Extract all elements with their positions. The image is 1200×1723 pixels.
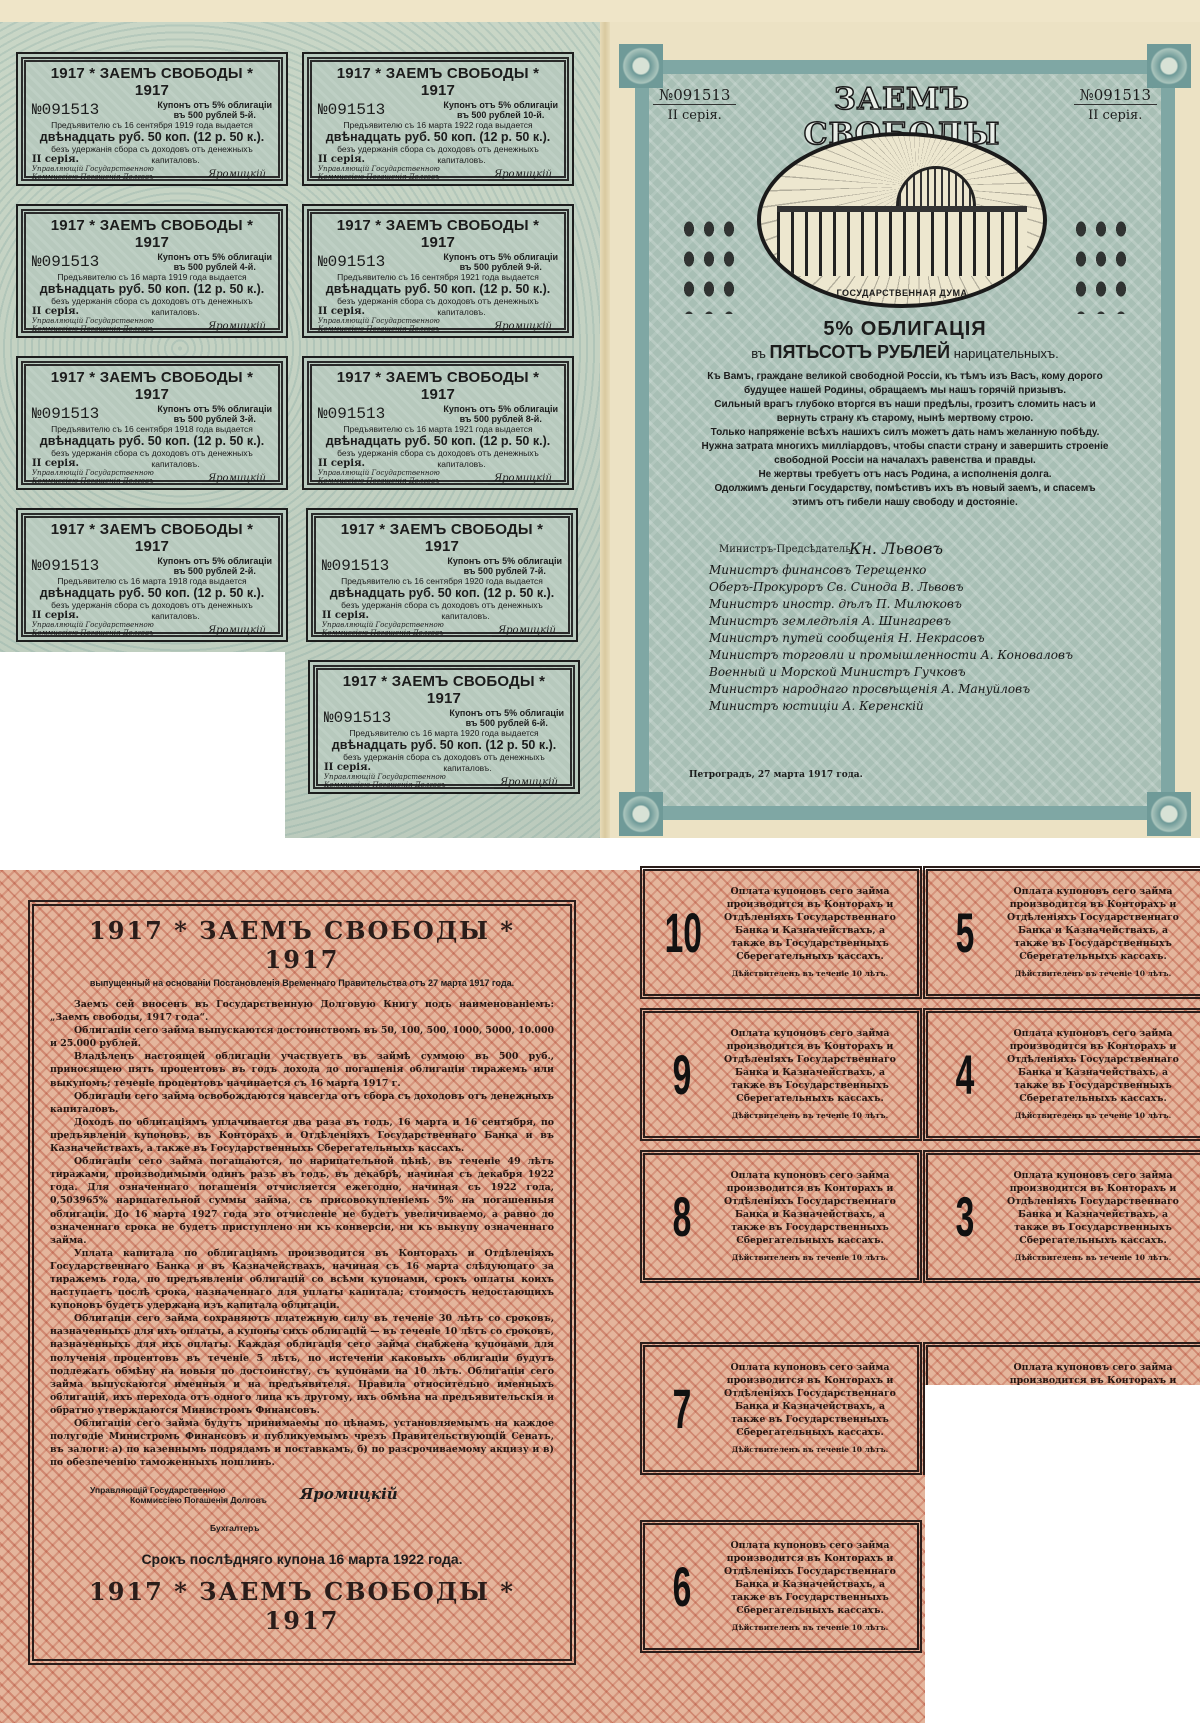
coupon-series: II серія. (324, 762, 371, 773)
coupon-tax-note: безъ удержанія сбора съ доходовъ отъ ден… (32, 296, 272, 306)
coupon-index: въ 500 рублей 5-й. (174, 110, 256, 120)
coupon-9: 1917 * ЗАЕМЪ СВОБОДЫ * 1917 №091513 Купо… (302, 204, 574, 338)
coupon-header: 1917 * ЗАЕМЪ СВОБОДЫ * 1917 (32, 65, 272, 99)
coupon-tax-note-2: капиталовъ. (151, 307, 199, 317)
corner-rosette-icon (1147, 44, 1191, 88)
coupon-signer-label: Управляющій ГосударственноюКоммиссіею По… (32, 165, 154, 181)
terms-body: Заемъ сей вносенъ въ Государственную Дол… (50, 998, 554, 1469)
coupon-signer-label: Управляющій ГосударственноюКоммиссіею По… (322, 621, 444, 637)
coupon-signature: Яромицкій (202, 625, 272, 637)
coupon-tax-note-2: капиталовъ. (443, 763, 491, 773)
coupon-number: №091513 (318, 253, 385, 271)
coupon-number: №091513 (32, 101, 99, 119)
coupon-10: 1917 * ЗАЕМЪ СВОБОДЫ * 1917 №091513 Купо… (302, 52, 574, 186)
coupon-tax-note: безъ удержанія сбора съ доходовъ отъ ден… (318, 144, 558, 154)
coupon-signer-label: Управляющій ГосударственноюКоммиссіею По… (32, 469, 154, 485)
coupon-4: 1917 * ЗАЕМЪ СВОБОДЫ * 1917 №091513 Купо… (16, 204, 288, 338)
coupon-back-10: 10 Оплата купоновъ сего займапроизводитс… (640, 866, 922, 999)
coupon-number-large: 6 (665, 1554, 700, 1619)
coupon-signer-label: Управляющій ГосударственноюКоммиссіею По… (318, 317, 440, 333)
fold-line (600, 22, 610, 838)
coupon-tax-note: безъ удержанія сбора съ доходовъ отъ ден… (324, 752, 564, 762)
commission-signature: Яромицкій (300, 1485, 398, 1503)
bond-denomination: въ ПЯТЬСОТЪ РУБЛЕЙ нарицательныхъ. (649, 342, 1161, 363)
coupon-issue-date: Предъявителю съ 16 марта 1918 года выдае… (32, 576, 272, 586)
coupon-number: №091513 (32, 253, 99, 271)
coupon-header: 1917 * ЗАЕМЪ СВОБОДЫ * 1917 (32, 217, 272, 251)
coupon-amount: двѣнадцать руб. 50 коп. (12 р. 50 к.). (32, 586, 272, 600)
place-and-date: Петроградъ, 27 марта 1917 года. (689, 770, 863, 780)
coupon-signer-label: Управляющій ГосударственноюКоммиссіею По… (318, 469, 440, 485)
bond-front-scan: 1917 * ЗАЕМЪ СВОБОДЫ * 1917 №091513 Купо… (0, 0, 1200, 838)
laurel-branch-icon (679, 214, 739, 314)
coupon-amount: двѣнадцать руб. 50 коп. (12 р. 50 к.). (318, 434, 558, 448)
coupon-signer-label: Управляющій ГосударственноюКоммиссіею По… (32, 317, 154, 333)
coupon-index: въ 500 рублей 9-й. (460, 262, 542, 272)
laurel-branch-icon (1071, 214, 1131, 314)
coupon-back-5: 5 Оплата купоновъ сего займапроизводится… (923, 866, 1200, 999)
coupon-2: 1917 * ЗАЕМЪ СВОБОДЫ * 1917 №091513 Купо… (16, 508, 288, 642)
bond-certificate: №091513 II серія. №091513 II серія. ЗАЕМ… (610, 22, 1200, 838)
state-duma-vignette: ГОСУДАРСТВЕННАЯ ДУМА (757, 132, 1047, 308)
coupon-signature: Яромицкій (202, 473, 272, 485)
coupon-7: 1917 * ЗАЕМЪ СВОБОДЫ * 1917 №091513 Купо… (306, 508, 578, 642)
cut-away-area (925, 1385, 1200, 1723)
coupon-header: 1917 * ЗАЕМЪ СВОБОДЫ * 1917 (324, 673, 564, 707)
coupon-tax-note: безъ удержанія сбора съ доходовъ отъ ден… (318, 448, 558, 458)
coupon-kupon-label: Купонъ отъ 5% облигаціи (157, 252, 272, 262)
coupon-signature: Яромицкій (202, 321, 272, 333)
coupon-signature: Яромицкій (488, 169, 558, 181)
coupon-issue-date: Предъявителю съ 16 марта 1919 года выдае… (32, 272, 272, 282)
coupon-series: II серія. (32, 154, 79, 165)
coupon-index: въ 500 рублей 8-й. (460, 414, 542, 424)
coupon-kupon-label: Купонъ отъ 5% облигаціи (157, 404, 272, 414)
coupon-index: въ 500 рублей 4-й. (174, 262, 256, 272)
coupon-number: №091513 (318, 101, 385, 119)
minister-signatures: Кн. Львовъ Министръ финансовъ Терещенко … (709, 562, 1141, 715)
serial-number-left: №091513 II серія. (653, 86, 736, 123)
coupon-number-large: 8 (665, 1184, 700, 1249)
coupon-tax-note: безъ удержанія сбора съ доходовъ отъ ден… (32, 144, 272, 154)
coupon-amount: двѣнадцать руб. 50 коп. (12 р. 50 к.). (32, 434, 272, 448)
coupon-amount: двѣнадцать руб. 50 коп. (12 р. 50 к.). (32, 130, 272, 144)
coupon-header: 1917 * ЗАЕМЪ СВОБОДЫ * 1917 (318, 65, 558, 99)
coupon-number: №091513 (32, 405, 99, 423)
coupon-index: въ 500 рублей 10-й. (457, 110, 544, 120)
coupon-kupon-label: Купонъ отъ 5% облигаціи (157, 556, 272, 566)
coupon-series: II серія. (318, 306, 365, 317)
coupon-back-3: 3 Оплата купоновъ сего займапроизводится… (923, 1150, 1200, 1283)
coupon-amount: двѣнадцать руб. 50 коп. (12 р. 50 к.). (32, 282, 272, 296)
terms-signatures: Управляющій Государственною Коммиссіею П… (50, 1485, 554, 1533)
coupon-kupon-label: Купонъ отъ 5% облигаціи (447, 556, 562, 566)
accountant-label: Бухгалтеръ (210, 1523, 554, 1533)
corner-rosette-icon (1147, 792, 1191, 836)
coupon-number: №091513 (32, 557, 99, 575)
coupon-amount: двѣнадцать руб. 50 коп. (12 р. 50 к.). (318, 282, 558, 296)
coupon-back-6: 6 Оплата купоновъ сего займапроизводится… (640, 1520, 922, 1653)
coupon-series: II серія. (32, 610, 79, 621)
coupon-issue-date: Предъявителю съ 16 марта 1921 года выдае… (318, 424, 558, 434)
terms-footer-title: 1917 * ЗАЕМЪ СВОБОДЫ * 1917 (50, 1577, 554, 1635)
bond-heading: 5% ОБЛИГАЦІЯ (649, 318, 1161, 341)
coupon-index: въ 500 рублей 2-й. (174, 566, 256, 576)
coupon-issue-date: Предъявителю съ 16 сентября 1918 года вы… (32, 424, 272, 434)
coupon-signature: Яромицкій (494, 777, 564, 789)
coupon-kupon-label: Купонъ отъ 5% облигаціи (157, 100, 272, 110)
coupon-signature: Яромицкій (488, 473, 558, 485)
coupon-tax-note: безъ удержанія сбора съ доходовъ отъ ден… (32, 600, 272, 610)
coupon-issue-date: Предъявителю съ 16 марта 1920 года выдае… (324, 728, 564, 738)
coupon-series: II серія. (318, 154, 365, 165)
coupon-amount: двѣнадцать руб. 50 коп. (12 р. 50 к.). (322, 586, 562, 600)
coupon-issue-date: Предъявителю съ 16 сентября 1920 года вы… (322, 576, 562, 586)
coupon-back-9: 9 Оплата купоновъ сего займапроизводится… (640, 1008, 922, 1141)
coupon-number-large: 9 (665, 1042, 700, 1107)
coupon-number: №091513 (322, 557, 389, 575)
coupon-signer-label: Управляющій ГосударственноюКоммиссіею По… (324, 773, 446, 789)
coupon-tax-note: безъ удержанія сбора съ доходовъ отъ ден… (322, 600, 562, 610)
loan-terms: 1917 * ЗАЕМЪ СВОБОДЫ * 1917 выпущенный н… (28, 900, 576, 1665)
coupon-header: 1917 * ЗАЕМЪ СВОБОДЫ * 1917 (322, 521, 562, 555)
corner-rosette-icon (619, 792, 663, 836)
coupon-header: 1917 * ЗАЕМЪ СВОБОДЫ * 1917 (32, 521, 272, 555)
coupon-header: 1917 * ЗАЕМЪ СВОБОДЫ * 1917 (318, 217, 558, 251)
coupon-6: 1917 * ЗАЕМЪ СВОБОДЫ * 1917 №091513 Купо… (308, 660, 580, 794)
coupon-tax-note-2: капиталовъ. (441, 611, 489, 621)
coupon-tax-note: безъ удержанія сбора съ доходовъ отъ ден… (318, 296, 558, 306)
coupon-number-large: 5 (948, 900, 983, 965)
serial-number-right: №091513 II серія. (1074, 86, 1157, 123)
coupon-header: 1917 * ЗАЕМЪ СВОБОДЫ * 1917 (318, 369, 558, 403)
coupon-kupon-label: Купонъ отъ 5% облигаціи (443, 404, 558, 414)
coupon-signer-label: Управляющій ГосударственноюКоммиссіею По… (318, 165, 440, 181)
coupon-3: 1917 * ЗАЕМЪ СВОБОДЫ * 1917 №091513 Купо… (16, 356, 288, 490)
coupon-tax-note-2: капиталовъ. (437, 459, 485, 469)
coupon-kupon-label: Купонъ отъ 5% облигаціи (443, 252, 558, 262)
coupon-index: въ 500 рублей 7-й. (464, 566, 546, 576)
coupon-tax-note-2: капиталовъ. (437, 155, 485, 165)
coupon-series: II серія. (32, 306, 79, 317)
minister-chairman-label: Министръ-Предсѣдатель (719, 544, 851, 555)
coupon-issue-date: Предъявителю съ 16 сентября 1921 года вы… (318, 272, 558, 282)
coupon-number-large: 10 (665, 900, 700, 965)
coupon-number: №091513 (318, 405, 385, 423)
coupon-signature: Яромицкій (488, 321, 558, 333)
last-coupon-date: Срокъ послѣдняго купона 16 марта 1922 го… (50, 1551, 554, 1567)
cut-away-area (0, 652, 285, 838)
coupon-index: въ 500 рублей 6-й. (466, 718, 548, 728)
coupon-number: №091513 (324, 709, 391, 727)
coupon-kupon-label: Купонъ отъ 5% облигаціи (449, 708, 564, 718)
coupon-header: 1917 * ЗАЕМЪ СВОБОДЫ * 1917 (32, 369, 272, 403)
coupon-signature: Яромицкій (492, 625, 562, 637)
coupon-series: II серія. (322, 610, 369, 621)
coupon-back-4: 4 Оплата купоновъ сего займапроизводится… (923, 1008, 1200, 1141)
coupon-number-large: 4 (948, 1042, 983, 1107)
coupon-number-large: 3 (948, 1184, 983, 1249)
terms-subtitle: выпущенный на основаніи Постановленія Вр… (50, 978, 554, 988)
chairman-signature: Кн. Львовъ (849, 540, 943, 557)
coupon-back-8: 8 Оплата купоновъ сего займапроизводится… (640, 1150, 922, 1283)
coupon-kupon-label: Купонъ отъ 5% облигаціи (443, 100, 558, 110)
coupon-8: 1917 * ЗАЕМЪ СВОБОДЫ * 1917 №091513 Купо… (302, 356, 574, 490)
coupon-number-large: 7 (665, 1376, 700, 1441)
appeal-text: Къ Вамъ, граждане великой свободной Росс… (659, 370, 1151, 510)
coupon-issue-date: Предъявителю съ 16 марта 1922 года выдае… (318, 120, 558, 130)
coupon-tax-note-2: капиталовъ. (437, 307, 485, 317)
coupon-tax-note-2: капиталовъ. (151, 611, 199, 621)
coupon-5: 1917 * ЗАЕМЪ СВОБОДЫ * 1917 №091513 Купо… (16, 52, 288, 186)
coupon-signer-label: Управляющій ГосударственноюКоммиссіею По… (32, 621, 154, 637)
terms-panel: 1917 * ЗАЕМЪ СВОБОДЫ * 1917 выпущенный н… (0, 870, 610, 1723)
vignette-caption: ГОСУДАРСТВЕННАЯ ДУМА (761, 288, 1043, 298)
terms-title: 1917 * ЗАЕМЪ СВОБОДЫ * 1917 (50, 916, 554, 974)
coupon-amount: двѣнадцать руб. 50 коп. (12 р. 50 к.). (324, 738, 564, 752)
coupon-tax-note: безъ удержанія сбора съ доходовъ отъ ден… (32, 448, 272, 458)
coupon-amount: двѣнадцать руб. 50 коп. (12 р. 50 к.). (318, 130, 558, 144)
certificate-guilloche-frame: №091513 II серія. №091513 II серія. ЗАЕМ… (635, 60, 1175, 820)
tauride-palace-icon (777, 206, 1027, 276)
coupon-back-7: 7 Оплата купоновъ сего займапроизводится… (640, 1342, 922, 1475)
bond-back-scan: 1917 * ЗАЕМЪ СВОБОДЫ * 1917 выпущенный н… (0, 870, 1200, 1723)
coupon-issue-date: Предъявителю съ 16 сентября 1919 года вы… (32, 120, 272, 130)
coupon-series: II серія. (32, 458, 79, 469)
corner-rosette-icon (619, 44, 663, 88)
coupon-tax-note-2: капиталовъ. (151, 155, 199, 165)
coupon-tax-note-2: капиталовъ. (151, 459, 199, 469)
coupon-series: II серія. (318, 458, 365, 469)
coupon-signature: Яромицкій (202, 169, 272, 181)
coupon-index: въ 500 рублей 3-й. (174, 414, 256, 424)
